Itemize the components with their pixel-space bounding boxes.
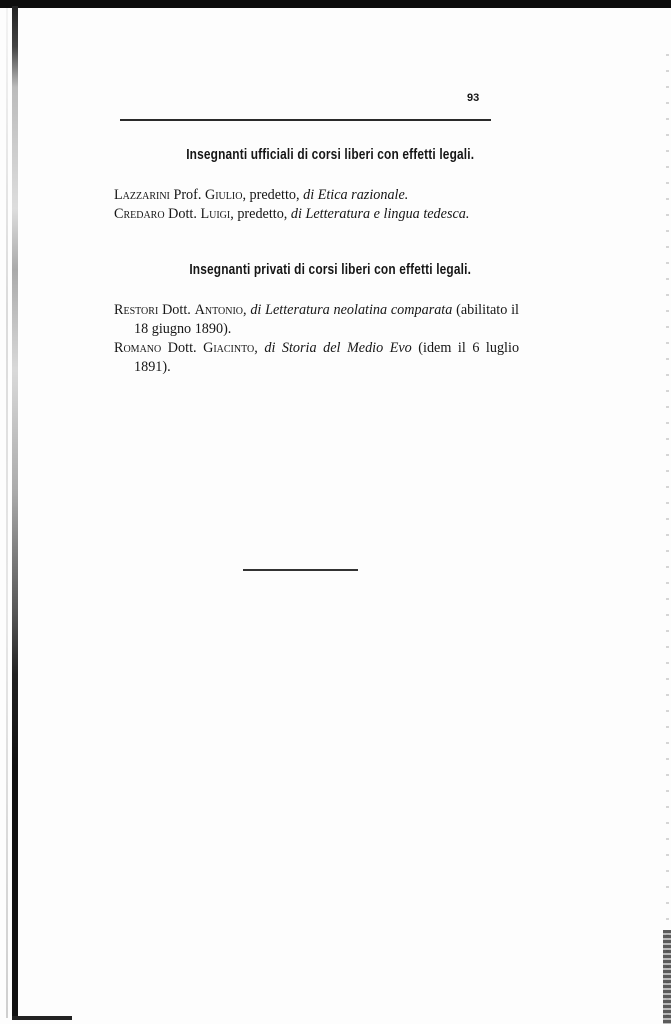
entry-title: Prof. [173, 187, 201, 203]
entry-given-name: Giacinto [203, 340, 254, 356]
entry-note: , predetto, [242, 187, 303, 203]
entry-credaro: Credaro Dott. Luigi, predetto, di Letter… [114, 205, 519, 224]
entry-romano: Romano Dott. Giacinto, di Storia del Med… [114, 339, 519, 376]
section-heading-official: Insegnanti ufficiali di corsi liberi con… [55, 147, 605, 163]
section-heading-private: Insegnanti privati di corsi liberi con e… [55, 262, 605, 278]
entry-given-name: Luigi [200, 206, 230, 222]
entry-given-name: Giulio [205, 187, 242, 203]
scan-right-noise [666, 40, 669, 1020]
page-number: 93 [467, 92, 479, 104]
scan-bottom-mark [12, 1016, 72, 1020]
entry-subject: di Storia del Medio Evo [264, 340, 411, 356]
scan-left-border [12, 6, 18, 1020]
scan-top-border [0, 0, 671, 8]
entry-surname: Romano [114, 340, 161, 356]
entry-subject: di Etica razionale. [303, 187, 408, 203]
entry-surname: Restori [114, 302, 158, 318]
entry-subject: di Letteratura neolatina comparata [250, 302, 452, 318]
entry-restori: Restori Dott. Antonio, di Letteratura ne… [114, 301, 519, 338]
entry-given-name: Antonio [195, 302, 243, 318]
entry-title: Dott. [168, 340, 197, 356]
entry-note: , predetto, [230, 206, 291, 222]
entry-surname: Lazzarini [114, 187, 170, 203]
entry-title: Dott. [162, 302, 191, 318]
scan-left-shadow [6, 8, 8, 1018]
entry-lazzarini: Lazzarini Prof. Giulio, predetto, di Eti… [114, 186, 519, 205]
entry-surname: Credaro [114, 206, 165, 222]
end-rule [243, 569, 358, 571]
entry-title: Dott. [168, 206, 197, 222]
header-rule [120, 119, 491, 121]
entry-subject: di Letteratura e lingua tedesca. [291, 206, 470, 222]
entry-note: , [254, 340, 264, 356]
scan-right-border [663, 930, 671, 1024]
